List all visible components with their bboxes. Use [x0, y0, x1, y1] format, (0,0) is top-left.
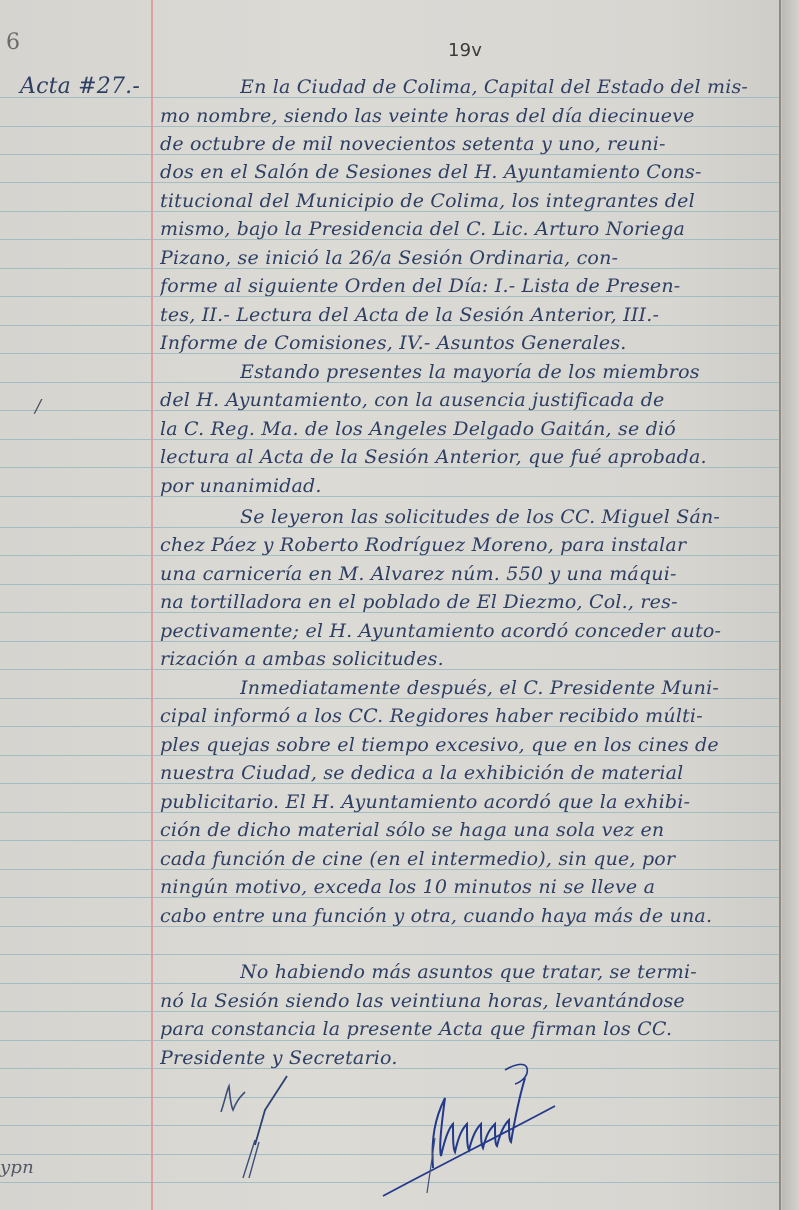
text-line: ples quejas sobre el tiempo excesivo, qu… [160, 734, 775, 756]
text-line: dos en el Salón de Sesiones del H. Ayunt… [160, 161, 775, 183]
ledger-page: 6 19v Acta #27.- / En la Ciudad de Colim… [0, 0, 781, 1210]
text-line: lectura al Acta de la Sesión Anterior, q… [160, 446, 775, 468]
text-line: pectivamente; el H. Ayuntamiento acordó … [160, 620, 775, 642]
page-edge [779, 0, 781, 1210]
text-line: para constancia la presente Acta que fir… [160, 1018, 775, 1040]
text-line: chez Páez y Roberto Rodríguez Moreno, pa… [160, 534, 775, 556]
text-line: No habiendo más asuntos que tratar, se t… [240, 961, 775, 983]
ruled-line [0, 1040, 781, 1041]
text-line: Estando presentes la mayoría de los miem… [240, 361, 775, 383]
text-line: En la Ciudad de Colima, Capital del Esta… [240, 76, 775, 98]
text-line: una carnicería en M. Alvarez núm. 550 y … [160, 563, 775, 585]
text-line: mismo, bajo la Presidencia del C. Lic. A… [160, 218, 775, 240]
text-line: ción de dicho material sólo se haga una … [160, 819, 775, 841]
text-line: cipal informó a los CC. Regidores haber … [160, 705, 775, 727]
text-line: por unanimidad. [160, 475, 775, 497]
text-line: la C. Reg. Ma. de los Angeles Delgado Ga… [160, 418, 775, 440]
text-line: nuestra Ciudad, se dedica a la exhibició… [160, 762, 775, 784]
text-line: tes, II.- Lectura del Acta de la Sesión … [160, 304, 775, 326]
text-line: cabo entre una función y otra, cuando ha… [160, 905, 775, 927]
bottom-left-initials: ypn [0, 1157, 34, 1178]
ruled-line [0, 983, 781, 984]
red-margin-line [151, 0, 153, 1210]
adjacent-page-edge [782, 0, 799, 1210]
text-line: Inmediatamente después, el C. Presidente… [240, 677, 775, 699]
text-line: Se leyeron las solicitudes de los CC. Mi… [240, 506, 775, 528]
text-line: nó la Sesión siendo las veintiuna horas,… [160, 990, 775, 1012]
ruled-line [0, 954, 781, 955]
text-line: forme al siguiente Orden del Día: I.- Li… [160, 275, 775, 297]
text-line: titucional del Municipio de Colima, los … [160, 190, 775, 212]
text-line: ningún motivo, exceda los 10 minutos ni … [160, 876, 775, 898]
text-line: na tortilladora en el poblado de El Diez… [160, 591, 775, 613]
margin-title: Acta #27.- [20, 74, 140, 99]
folio-number: 19v [448, 40, 482, 61]
text-line: Informe de Comisiones, IV.- Asuntos Gene… [160, 332, 775, 354]
text-line: del H. Ayuntamiento, con la ausencia jus… [160, 389, 775, 411]
signature-secretary [375, 1058, 605, 1198]
text-line: rización a ambas solicitudes. [160, 648, 775, 670]
text-line: Pizano, se inició la 26/a Sesión Ordinar… [160, 247, 775, 269]
text-line: mo nombre, siendo las veinte horas del d… [160, 105, 775, 127]
corner-mark: 6 [6, 30, 20, 55]
signature-president [215, 1070, 345, 1180]
margin-note: / [35, 396, 41, 417]
text-line: publicitario. El H. Ayuntamiento acordó … [160, 791, 775, 813]
text-line: cada función de cine (en el intermedio),… [160, 848, 775, 870]
text-line: de octubre de mil novecientos setenta y … [160, 133, 775, 155]
